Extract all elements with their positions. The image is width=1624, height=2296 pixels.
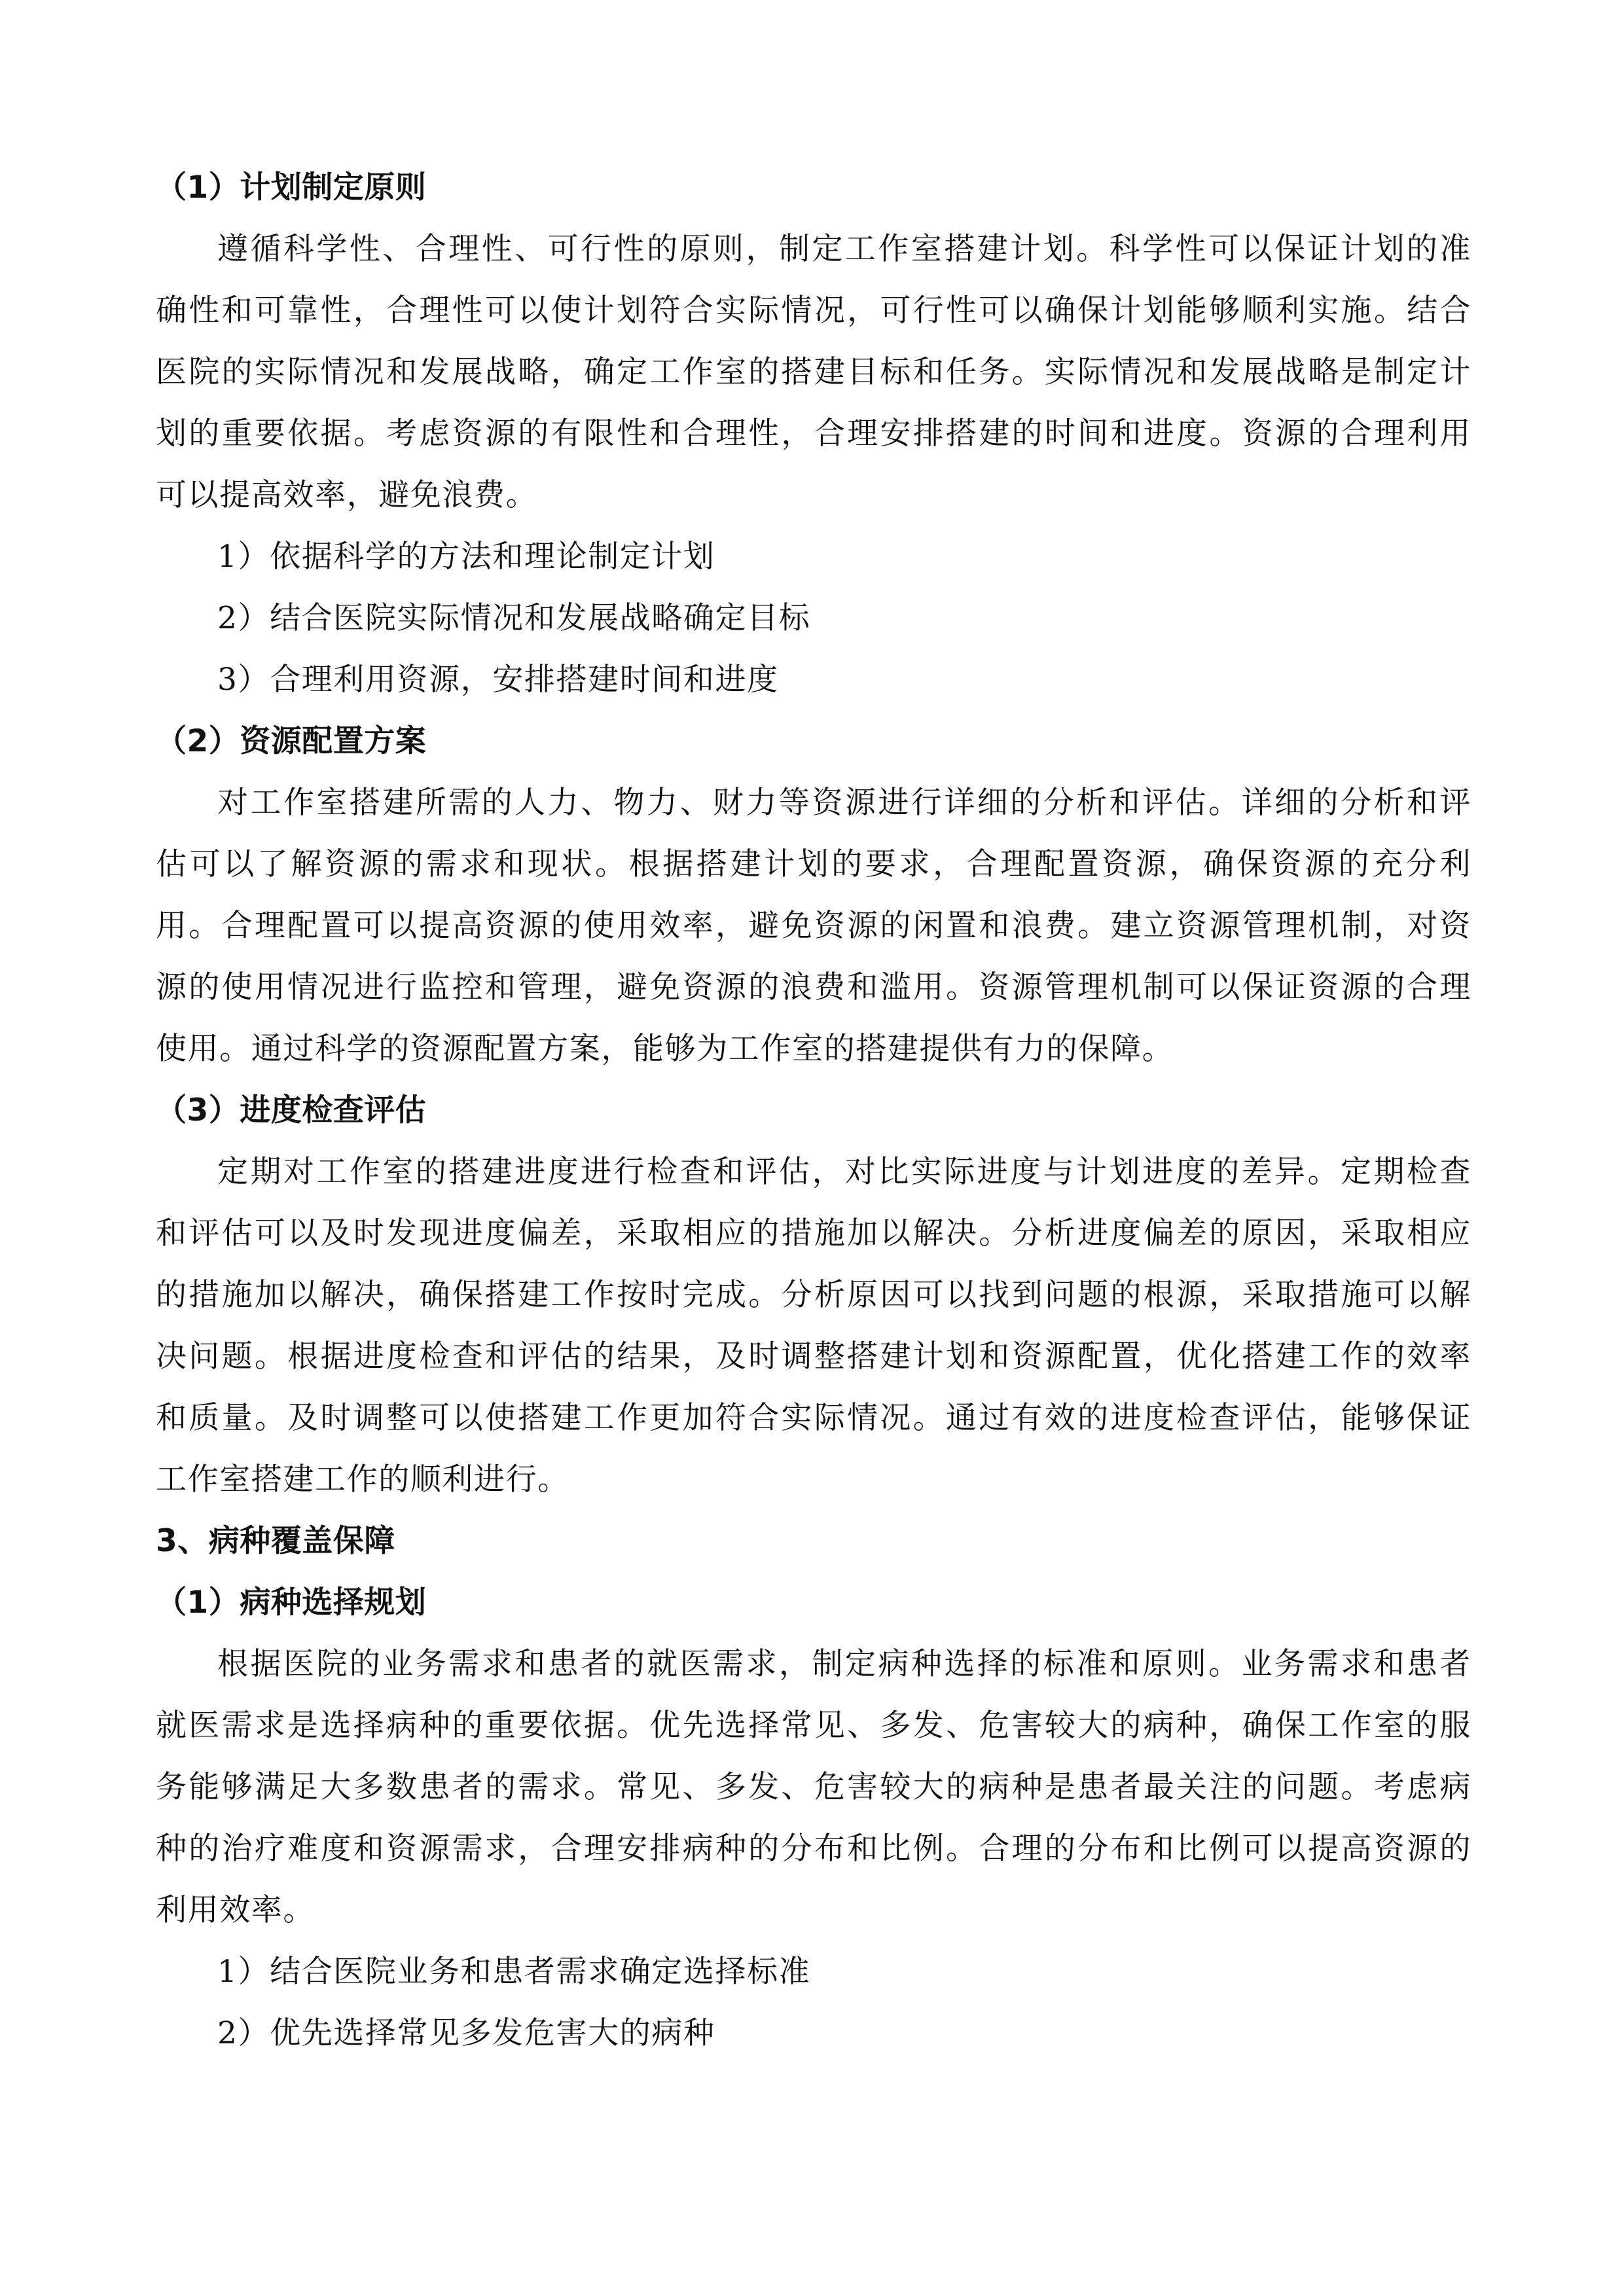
- subheading-progress-review: （3）进度检查评估: [156, 1080, 1471, 1141]
- list-item: 3）合理利用资源，安排搭建时间和进度: [156, 649, 1471, 711]
- paragraph-line: 工作室搭建工作的顺利进行。: [156, 1449, 1471, 1511]
- paragraph-line: 和质量。及时调整可以使搭建工作更加符合实际情况。通过有效的进度检查评估，能够保证: [156, 1388, 1471, 1449]
- list-item: 2）优先选择常见多发危害大的病种: [156, 2003, 1471, 2064]
- paragraph-line: 可以提高效率，避免浪费。: [156, 465, 1471, 526]
- paragraph-line: 对工作室搭建所需的人力、物力、财力等资源进行详细的分析和评估。详细的分析和评: [156, 772, 1471, 834]
- paragraph-line: 医院的实际情况和发展战略，确定工作室的搭建目标和任务。实际情况和发展战略是制定计: [156, 342, 1471, 403]
- list-plan-principles: 1）依据科学的方法和理论制定计划 2）结合医院实际情况和发展战略确定目标 3）合…: [156, 526, 1471, 711]
- document-page: （1）计划制定原则 遵循科学性、合理性、可行性的原则，制定工作室搭建计划。科学性…: [156, 157, 1471, 2064]
- paragraph-progress-review: 定期对工作室的搭建进度进行检查和评估，对比实际进度与计划进度的差异。定期检查 和…: [156, 1141, 1471, 1511]
- paragraph-line: 确性和可靠性，合理性可以使计划符合实际情况，可行性可以确保计划能够顺利实施。结合: [156, 280, 1471, 342]
- paragraph-resource-allocation: 对工作室搭建所需的人力、物力、财力等资源进行详细的分析和评估。详细的分析和评 估…: [156, 772, 1471, 1080]
- subheading-plan-principles: （1）计划制定原则: [156, 157, 1471, 219]
- list-item: 1）依据科学的方法和理论制定计划: [156, 526, 1471, 588]
- subheading-resource-allocation: （2）资源配置方案: [156, 711, 1471, 772]
- paragraph-line: 和评估可以及时发现进度偏差，采取相应的措施加以解决。分析进度偏差的原因，采取相应: [156, 1203, 1471, 1265]
- paragraph-disease-selection: 根据医院的业务需求和患者的就医需求，制定病种选择的标准和原则。业务需求和患者 就…: [156, 1634, 1471, 1941]
- list-item: 2）结合医院实际情况和发展战略确定目标: [156, 588, 1471, 649]
- paragraph-line: 使用。通过科学的资源配置方案，能够为工作室的搭建提供有力的保障。: [156, 1018, 1471, 1080]
- paragraph-plan-principles: 遵循科学性、合理性、可行性的原则，制定工作室搭建计划。科学性可以保证计划的准 确…: [156, 219, 1471, 526]
- paragraph-line: 利用效率。: [156, 1880, 1471, 1941]
- list-disease-selection: 1）结合医院业务和患者需求确定选择标准 2）优先选择常见多发危害大的病种: [156, 1941, 1471, 2064]
- paragraph-line: 遵循科学性、合理性、可行性的原则，制定工作室搭建计划。科学性可以保证计划的准: [156, 219, 1471, 280]
- paragraph-line: 估可以了解资源的需求和现状。根据搭建计划的要求，合理配置资源，确保资源的充分利: [156, 834, 1471, 895]
- paragraph-line: 定期对工作室的搭建进度进行检查和评估，对比实际进度与计划进度的差异。定期检查: [156, 1141, 1471, 1203]
- paragraph-line: 划的重要依据。考虑资源的有限性和合理性，合理安排搭建的时间和进度。资源的合理利用: [156, 403, 1471, 465]
- paragraph-line: 就医需求是选择病种的重要依据。优先选择常见、多发、危害较大的病种，确保工作室的服: [156, 1695, 1471, 1757]
- paragraph-line: 根据医院的业务需求和患者的就医需求，制定病种选择的标准和原则。业务需求和患者: [156, 1634, 1471, 1695]
- paragraph-line: 务能够满足大多数患者的需求。常见、多发、危害较大的病种是患者最关注的问题。考虑病: [156, 1757, 1471, 1818]
- paragraph-line: 用。合理配置可以提高资源的使用效率，避免资源的闲置和浪费。建立资源管理机制，对资: [156, 895, 1471, 957]
- section-heading-disease-coverage: 3、病种覆盖保障: [156, 1511, 1471, 1572]
- paragraph-line: 种的治疗难度和资源需求，合理安排病种的分布和比例。合理的分布和比例可以提高资源的: [156, 1818, 1471, 1880]
- list-item: 1）结合医院业务和患者需求确定选择标准: [156, 1941, 1471, 2003]
- paragraph-line: 源的使用情况进行监控和管理，避免资源的浪费和滥用。资源管理机制可以保证资源的合理: [156, 957, 1471, 1018]
- subheading-disease-selection: （1）病种选择规划: [156, 1572, 1471, 1634]
- paragraph-line: 决问题。根据进度检查和评估的结果，及时调整搭建计划和资源配置，优化搭建工作的效率: [156, 1326, 1471, 1388]
- paragraph-line: 的措施加以解决，确保搭建工作按时完成。分析原因可以找到问题的根源，采取措施可以解: [156, 1265, 1471, 1326]
